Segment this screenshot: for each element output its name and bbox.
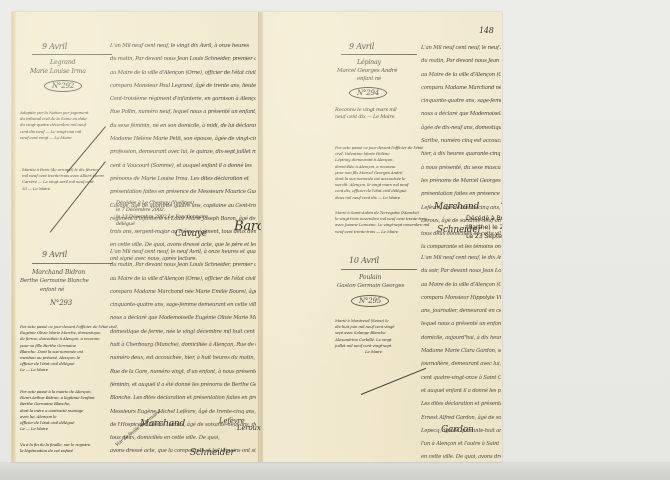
margin-divider (32, 54, 112, 55)
death-note: Décédée à Le Chesnay (Yvelines) le 7 Déc… (116, 200, 208, 228)
margin-note-marriage: Marié à Saint-Aubin de Terregatte (Manch… (335, 210, 425, 235)
entry-surname: Marchand Bidron (32, 269, 85, 276)
entry-status: enfant né (40, 287, 64, 293)
entry-number: N°294 (349, 87, 387, 99)
signature-witness: Gardon (441, 425, 474, 435)
entry-date: 9 Avril (349, 42, 374, 51)
entry-given-names: Marcel Georges André (337, 68, 397, 74)
entry-number: N°295 (351, 295, 389, 307)
margin-signature-stroke (361, 368, 426, 395)
margin-divider (341, 269, 417, 270)
signature-witness: Cavaye (175, 229, 207, 239)
entry-date: 9 Avril (42, 250, 67, 259)
signature-witness: Baron (234, 219, 261, 234)
entry-date: 9 Avril (42, 42, 67, 51)
signature-witness: Leroux (237, 424, 261, 432)
entry-given-names: Berthe Germaine Blanche (20, 278, 89, 284)
entry-given-names: Gaston Germain Georges (337, 283, 404, 289)
margin-note-recognition: Reconnu le vingt mars mil neuf cent dix … (335, 107, 415, 121)
entry-date: 10 Avril (349, 256, 379, 265)
entry-status: enfant né (357, 76, 381, 82)
signature-witness: Lefèvre (501, 198, 502, 206)
page-edge (12, 12, 16, 462)
margin-note-reference: Vu à la fin de la feuille, sur le regist… (20, 442, 124, 454)
folio-number: 148 (479, 26, 494, 35)
entry-surname: Poulain (359, 274, 381, 281)
margin-note-recognition-act: Par acte passé ce jour devant l'officier… (335, 145, 417, 201)
book-gutter (261, 12, 264, 462)
margin-note-marriage: Marié à Montreuil (Seine) le dix-huit ju… (335, 318, 419, 355)
signature-declarant: Marchand (140, 419, 185, 429)
margin-note-marriage: Mariée à Paris (4e arrondt) le dix févri… (22, 167, 117, 192)
entry-surname: Lépinay (357, 59, 381, 66)
margin-note-adoption: Adoptée par la Nation par jugement du tr… (20, 110, 112, 141)
entry-number: N°292 (44, 80, 82, 92)
entry-given-names: Marie Louise Irma (30, 68, 86, 75)
signature-officer: Schneider (190, 448, 235, 458)
entry-number: N°293 (42, 297, 80, 309)
margin-divider (32, 263, 112, 264)
margin-note-recognition: Par acte passé ce jour devant l'officier… (20, 324, 124, 374)
signature-officer: Schneider (437, 225, 482, 235)
signature-declarant: Marchand (434, 202, 479, 212)
margin-divider (341, 54, 417, 55)
left-page: 9 Avril Legrand Marie Louise Irma N°292 … (12, 12, 261, 462)
margin-note-legitimation: Par acte passé à la mairie de Alençon, H… (20, 389, 124, 432)
right-page: 148 9 Avril Lépinay Marcel Georges André… (261, 12, 502, 462)
scan-bottom-edge (0, 462, 670, 480)
entry-surname: Legrand (50, 59, 75, 66)
